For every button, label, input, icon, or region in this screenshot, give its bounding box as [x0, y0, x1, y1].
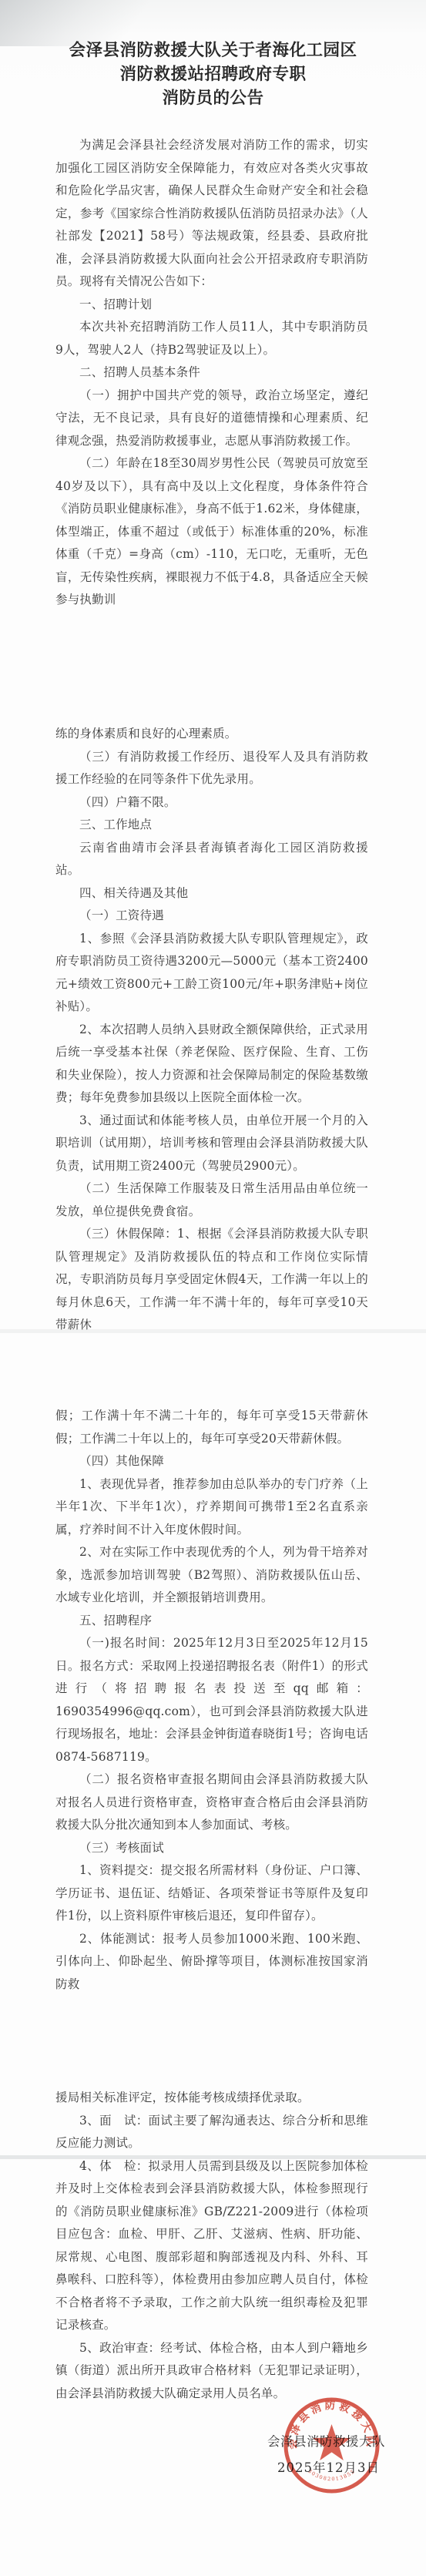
subsection-heading: （一）工资待遇 — [55, 905, 368, 928]
paragraph: （一）拥护中国共产党的领导，政治立场坚定，遵纪守法，无不良记录，具有良好的道德情… — [55, 385, 368, 453]
seal-serial-number: 303082013855 — [307, 2468, 357, 2482]
paragraph: 2、本次招聘人员纳入县财政全额保障供给，正式录用后统一享受基本社保（养老保险、医… — [55, 1019, 368, 1110]
paragraph: （二）报名资格审查报名期间由会泽县消防救援大队对报名人员进行资格审查，资格审查合… — [55, 1768, 368, 1837]
paragraph: 2、体能测试：报考人员参加1000米跑、100米跑、引体向上、仰卧起坐、俯卧撑等… — [55, 1928, 368, 1997]
paragraph: 1、资料提交：提交报名所需材料（身份证、户口簿、学历证书、退伍证、结婚证、各项荣… — [55, 1859, 368, 1928]
paragraph: （一)报名时间：2025年12月3日至2025年12月15日。报名方式：采取网上… — [55, 1632, 368, 1768]
paragraph-continuation: 练的身体素质和良好的心理素质。 — [55, 723, 368, 746]
page-3-text-block: 假；工作满十年不满二十年的，每年可享受15天带薪休假；工作满二十年以上的，每年可… — [55, 1405, 368, 1996]
document-page: 会泽县消防救援大队关于者海化工园区 消防救援站招聘政府专职 消防员的公告 为满足… — [0, 0, 426, 2576]
paragraph: （二）年龄在18至30周岁男性公民（驾驶员可放宽至40岁及以下），具有高中及以上… — [55, 452, 368, 612]
paragraph-continuation: 假；工作满十年不满二十年的，每年可享受15天带薪休假；工作满二十年以上的，每年可… — [55, 1405, 368, 1450]
svg-text:303082013855: 303082013855 — [307, 2468, 357, 2482]
section-heading: 二、招聘人员基本条件 — [55, 361, 368, 385]
seal-star-icon — [313, 2424, 351, 2460]
page-2-text-block: 练的身体素质和良好的心理素质。 （三）有消防救援工作经历、退役军人及具有消防救援… — [55, 723, 368, 1337]
paragraph: 1、表现优异者，推荐参加由总队举办的专门疗养（上半年1次、下半年1次），疗养期间… — [55, 1473, 368, 1542]
paragraph: 3、面 试：面试主要了解沟通表达、综合分析和思维反应能力测试。 — [55, 2110, 368, 2155]
paragraph: （四）户籍不限。 — [55, 791, 368, 814]
title-line: 会泽县消防救援大队关于者海化工园区 — [31, 39, 395, 62]
title-line: 消防员的公告 — [31, 86, 395, 110]
paragraph: （二）生活保障工作服装及日常生活用品由单位统一发放，单位提供免费食宿。 — [55, 1177, 368, 1223]
page-4-text-block: 援局相关标准评定，按体能考核成绩择优录取。 3、面 试：面试主要了解沟通表达、综… — [55, 2087, 368, 2405]
page-1-text-block: 为满足会泽县社会经济发展对消防工作的需求，切实加强化工园区消防安全保障能力，有效… — [55, 134, 368, 612]
paragraph: 本次共补充招聘消防工作人员11人，其中专职消防员9人，驾驶人2人（持B2驾驶证及… — [55, 316, 368, 361]
paragraph: （三）休假保障：1、根据《会泽县消防救援大队专职队管理规定》及消防救援队伍的特点… — [55, 1223, 368, 1337]
section-heading: 五、招聘程序 — [55, 1610, 368, 1633]
section-heading: 三、工作地点 — [55, 814, 368, 837]
paragraph: 4、体 检：拟录用人员需到县级及以上医院参加体检并及时上交体检表到会泽县消防救援… — [55, 2155, 368, 2337]
paragraph: 云南省曲靖市会泽县者海镇者海化工园区消防救援站。 — [55, 837, 368, 882]
section-heading: 一、招聘计划 — [55, 294, 368, 317]
paragraph: （三）有消防救援工作经历、退役军人及具有消防救援工作经验的在同等条件下优先录用。 — [55, 746, 368, 791]
subsection-heading: （三）考核面试 — [55, 1837, 368, 1860]
paragraph: 3、通过面试和体能考核人员，由单位开展一个月的入职培训（试用期），培训考核和管理… — [55, 1110, 368, 1178]
paragraph: 1、参照《会泽县消防救援大队专职队管理规定》，政府专职消防员工资待遇3200元—… — [55, 928, 368, 1019]
paragraph-continuation: 援局相关标准评定，按体能考核成绩择优录取。 — [55, 2087, 368, 2110]
subsection-heading: （四）其他保障 — [55, 1450, 368, 1473]
official-seal: 会泽县消防救援大队 303082013855 — [283, 2396, 381, 2494]
section-heading: 四、相关待遇及其他 — [55, 882, 368, 905]
title-line: 消防救援站招聘政府专职 — [31, 62, 395, 86]
paragraph: 5、政治审查：经考试、体检合格，由本人到户籍地乡镇（街道）派出所开具政审合格材料… — [55, 2337, 368, 2406]
paragraph: 为满足会泽县社会经济发展对消防工作的需求，切实加强化工园区消防安全保障能力，有效… — [55, 134, 368, 294]
paragraph: 2、对在实际工作中表现优秀的个人，列为骨干培养对象，选派参加培训驾驶（B2驾照）… — [55, 1541, 368, 1610]
document-title: 会泽县消防救援大队关于者海化工园区 消防救援站招聘政府专职 消防员的公告 — [31, 39, 395, 110]
